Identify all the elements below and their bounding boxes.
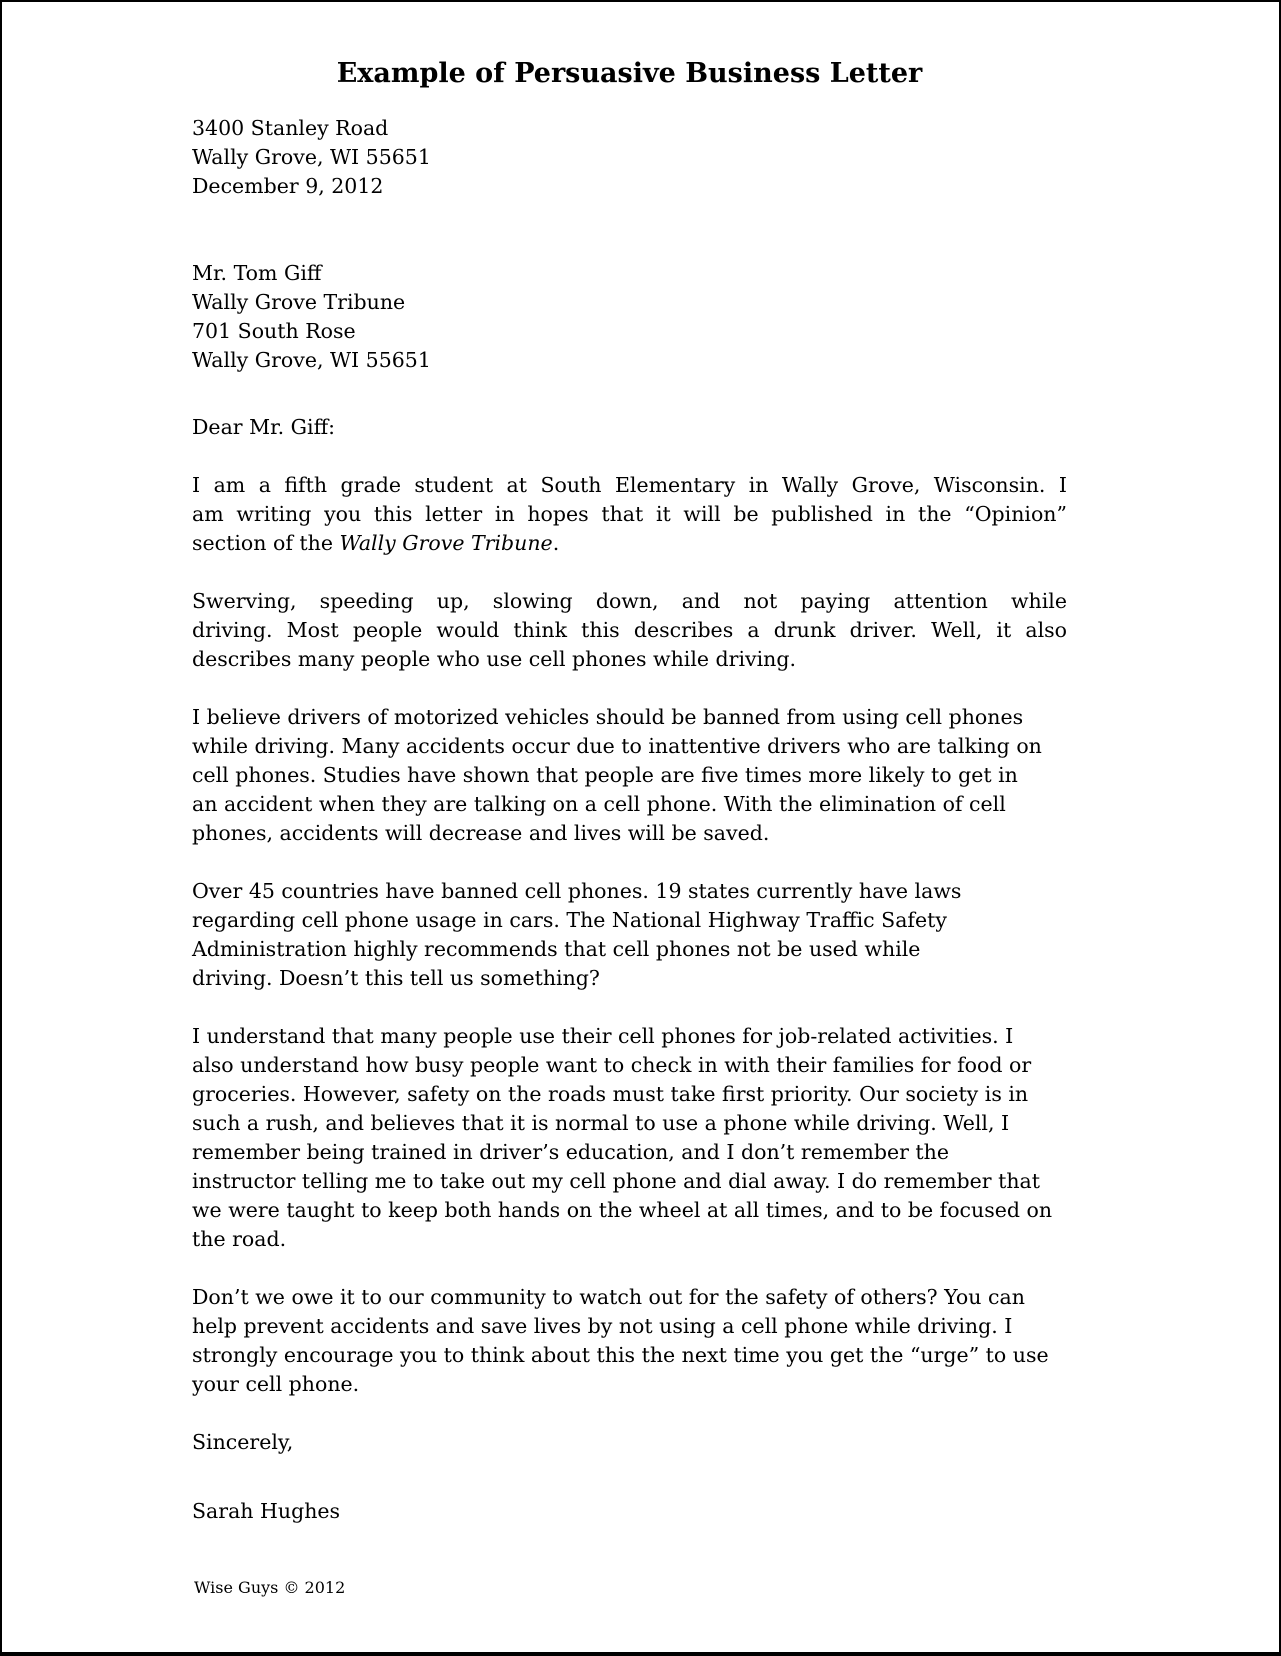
text-segment: Wally Grove Tribune [340, 531, 553, 555]
paragraph-line: I understand that many people use their … [192, 1022, 1067, 1051]
paragraph-line: while driving. Many accidents occur due … [192, 732, 1067, 761]
paragraph-line: strongly encourage you to think about th… [192, 1341, 1067, 1370]
salutation: Dear Mr. Giff: [192, 413, 1067, 442]
paragraph-line: an accident when they are talking on a c… [192, 790, 1067, 819]
paragraph-line: regarding cell phone usage in cars. The … [192, 906, 1067, 935]
paragraph-line: groceries. However, safety on the roads … [192, 1080, 1067, 1109]
paragraph-line: the road. [192, 1225, 1067, 1254]
paragraph-line: also understand how busy people want to … [192, 1051, 1067, 1080]
recipient-address-line: Wally Grove Tribune [192, 288, 1067, 317]
sender-address-line: Wally Grove, WI 55651 [192, 143, 1067, 172]
paragraph-line: am writing you this letter in hopes that… [192, 500, 1067, 529]
letter-content: Example of Persuasive Business Letter 34… [2, 2, 1067, 1526]
signature-name: Sarah Hughes [192, 1497, 1067, 1526]
letter-title: Example of Persuasive Business Letter [192, 58, 1067, 90]
paragraph-line: I am a fifth grade student at South Elem… [192, 471, 1067, 500]
paragraph-line: I believe drivers of motorized vehicles … [192, 703, 1067, 732]
letter-paragraph: I believe drivers of motorized vehicles … [192, 703, 1067, 848]
recipient-address-line: Wally Grove, WI 55651 [192, 346, 1067, 375]
paragraph-line: instructor telling me to take out my cel… [192, 1167, 1067, 1196]
letter-paragraph: Swerving, speeding up, slowing down, and… [192, 587, 1067, 674]
paragraph-line: Swerving, speeding up, slowing down, and… [192, 587, 1067, 616]
paragraph-line: describes many people who use cell phone… [192, 645, 1067, 674]
sender-address-line: December 9, 2012 [192, 172, 1067, 201]
recipient-address-line: 701 South Rose [192, 317, 1067, 346]
paragraph-line: phones, accidents will decrease and live… [192, 819, 1067, 848]
letter-paragraph: I understand that many people use their … [192, 1022, 1067, 1254]
text-segment: . [553, 531, 560, 555]
recipient-block: Mr. Tom GiffWally Grove Tribune701 South… [192, 259, 1067, 375]
footer-credit: Wise Guys © 2012 [194, 1578, 345, 1598]
paragraph-line: driving. Doesn’t this tell us something? [192, 964, 1067, 993]
paragraph-line: your cell phone. [192, 1370, 1067, 1399]
paragraph-line: driving. Most people would think this de… [192, 616, 1067, 645]
paragraph-line: remember being trained in driver’s educa… [192, 1138, 1067, 1167]
closing: Sincerely, [192, 1428, 1067, 1457]
text-segment: section of the [192, 531, 340, 555]
paragraph-line: section of the Wally Grove Tribune. [192, 529, 1067, 558]
paragraph-line: Over 45 countries have banned cell phone… [192, 877, 1067, 906]
letter-body: I am a fifth grade student at South Elem… [192, 471, 1067, 1399]
sender-block: 3400 Stanley RoadWally Grove, WI 55651De… [192, 114, 1067, 201]
paragraph-line: such a rush, and believes that it is nor… [192, 1109, 1067, 1138]
paragraph-line: we were taught to keep both hands on the… [192, 1196, 1067, 1225]
paragraph-line: Administration highly recommends that ce… [192, 935, 1067, 964]
sender-address-line: 3400 Stanley Road [192, 114, 1067, 143]
paragraph-line: cell phones. Studies have shown that peo… [192, 761, 1067, 790]
letter-paragraph: Over 45 countries have banned cell phone… [192, 877, 1067, 993]
paragraph-line: Don’t we owe it to our community to watc… [192, 1283, 1067, 1312]
letter-page: Example of Persuasive Business Letter 34… [0, 0, 1281, 1656]
letter-paragraph: Don’t we owe it to our community to watc… [192, 1283, 1067, 1399]
letter-paragraph: I am a fifth grade student at South Elem… [192, 471, 1067, 558]
recipient-address-line: Mr. Tom Giff [192, 259, 1067, 288]
paragraph-line: help prevent accidents and save lives by… [192, 1312, 1067, 1341]
